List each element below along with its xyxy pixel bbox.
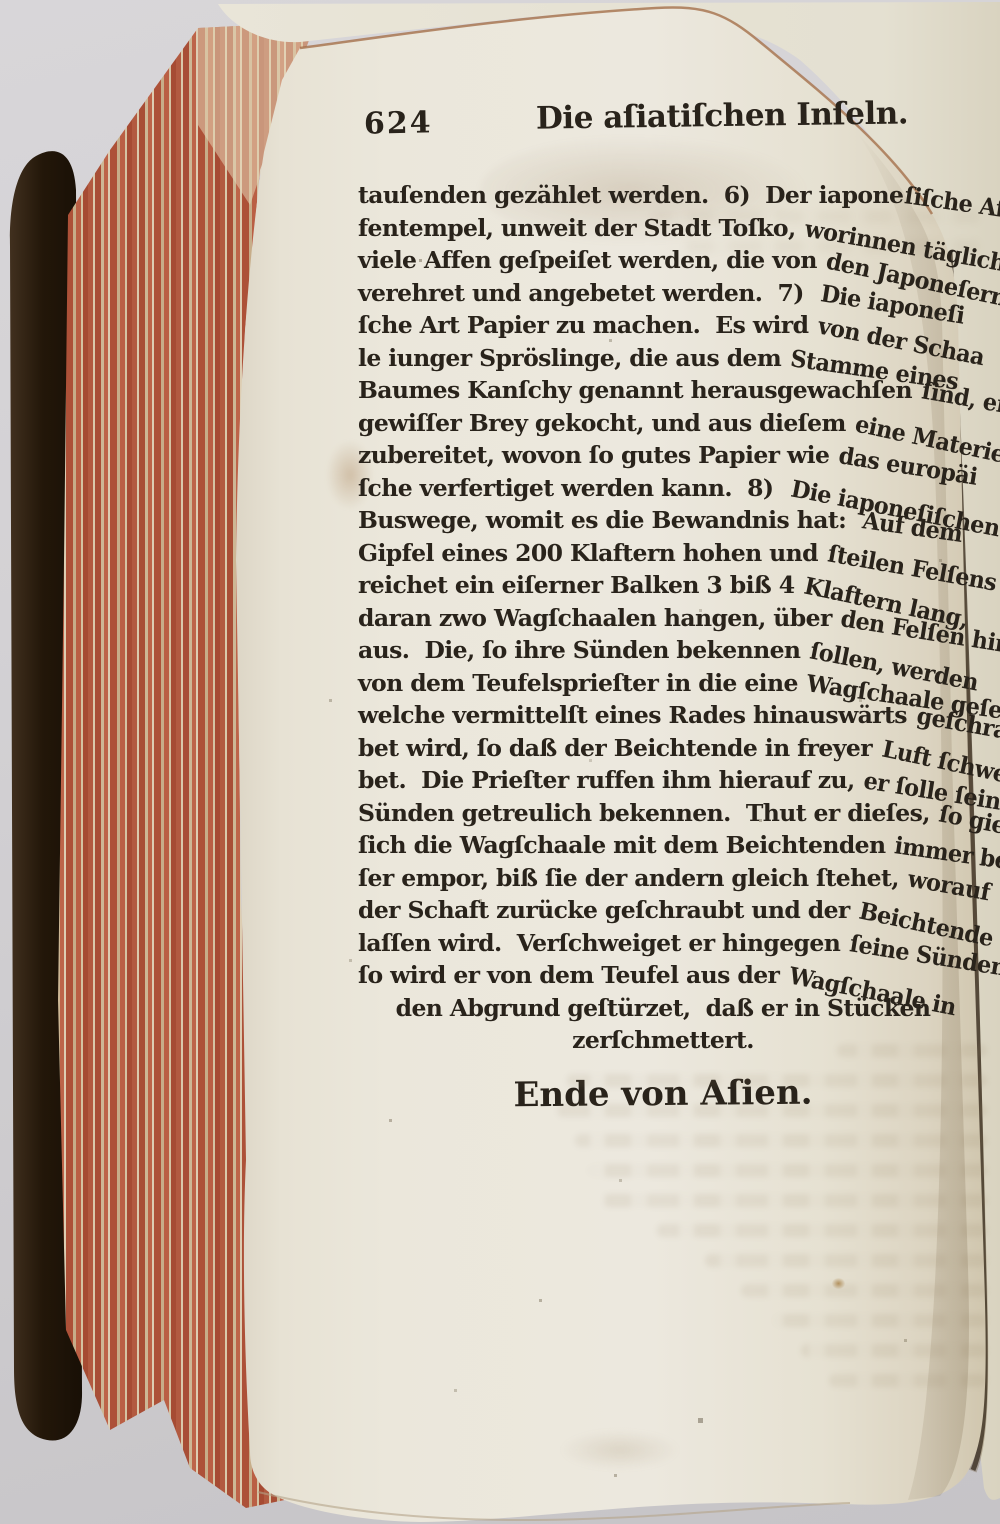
body-line-main: welche vermittelſt eines Rades hinauswär… <box>358 699 915 732</box>
body-line-main: ſche verfertiget werden kann. 8) <box>358 472 789 505</box>
body-line-main: daran zwo Wagſchaalen hangen, über <box>358 602 839 635</box>
body-line-main: le iunger Spröslinge, die aus dem <box>358 342 789 375</box>
book-photo: 624 Die aſiatiſchen Inſeln. tauſenden ge… <box>0 0 1000 1524</box>
body-line-main: ſo wird er von dem Teufel aus der <box>358 959 787 992</box>
ghost-bleedthrough <box>555 1044 987 1404</box>
body-line-main: zubereitet, wovon ſo gutes Papier wie <box>358 439 837 472</box>
body-line: tauſenden gezählet werden. 6) Der iapone… <box>358 179 1000 212</box>
body-line: Buswege, womit es die Bewandnis hat: Auf… <box>358 504 1000 537</box>
body-line-main: verehret und angebetet werden. 7) <box>358 277 819 310</box>
body-line-main: ſer empor, biß ſie der andern gleich ſte… <box>358 862 906 895</box>
body-line-main: ſche Art Papier zu machen. Es wird <box>358 309 816 342</box>
body-line-main: fentempel, unweit der Stadt Toſko, <box>358 212 803 245</box>
body-line-main: aus. Die, ſo ihre Sünden bekennen <box>358 634 808 667</box>
body-line-main: der Schaft zurücke geſchraubt und der <box>358 894 857 927</box>
body-line: der Schaft zurücke geſchraubt und der Be… <box>358 894 1000 927</box>
closing-line: den Abgrund geſtürzet, daß er in Stücken <box>358 992 968 1025</box>
body-line: gewiſſer Brey gekocht, und aus dieſem ei… <box>358 407 1000 440</box>
body-line: fentempel, unweit der Stadt Toſko, worin… <box>358 212 1000 245</box>
page-header: 624 Die aſiatiſchen Inſeln. <box>356 96 986 146</box>
page-content: 624 Die aſiatiſchen Inſeln. tauſenden ge… <box>0 0 1000 1524</box>
body-line-main: reichet ein eiſerner Balken 3 biß 4 <box>358 569 802 602</box>
page-number: 624 <box>364 105 433 141</box>
body-line-main: laſſen wird. Verſchweiget er hingegen <box>358 927 848 960</box>
body-line-main: viele Affen geſpeiſet werden, die von <box>358 244 824 277</box>
body-line-main: ſich die Wagſchaale mit dem Beichtenden <box>358 829 893 862</box>
body-line-main: von dem Teufelsprieſter in die eine <box>358 667 805 700</box>
body-line-main: bet. Die Prieſter ruffen ihm hierauf zu, <box>358 764 862 797</box>
body-line-main: tauſenden gezählet werden. 6) Der iapone <box>358 179 903 212</box>
body-line-main: Gipfel eines 200 Klaftern hohen und <box>358 537 826 570</box>
body-line: ſich die Wagſchaale mit dem Beichtenden … <box>358 829 1000 862</box>
body-line: ſer empor, biß ſie der andern gleich ſte… <box>358 862 1000 895</box>
stain <box>560 1430 680 1470</box>
body-line-main: gewiſſer Brey gekocht, und aus dieſem <box>358 407 853 440</box>
body-line-main: bet wird, ſo daß der Beichtende in freye… <box>358 732 880 765</box>
body-text: tauſenden gezählet werden. 6) Der iapone… <box>358 179 1000 992</box>
body-line-main: Buswege, womit es die Bewandnis hat: <box>358 504 861 537</box>
body-line: bet wird, ſo daß der Beichtende in freye… <box>358 732 1000 765</box>
running-title: Die aſiatiſchen Inſeln. <box>536 95 909 136</box>
body-line-main: Sünden getreulich bekennen. Thut er dieſ… <box>358 797 937 830</box>
paper-specks <box>0 0 1 1</box>
